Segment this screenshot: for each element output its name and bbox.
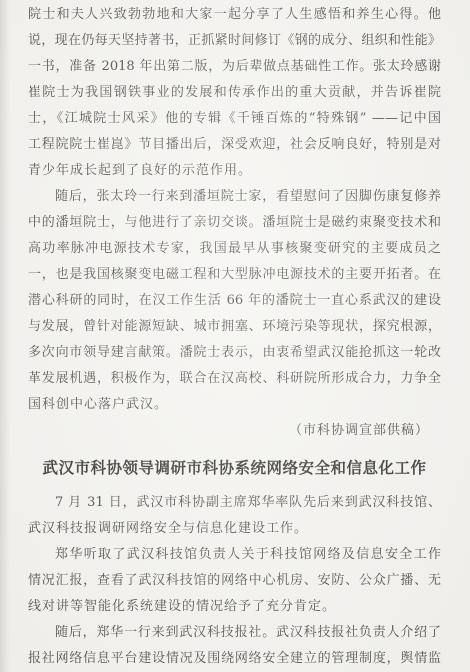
text-line: 线对讲等智能化系统建设的情况给予了充分肯定。 [28,594,441,620]
text-line: 情况汇报，查看了武汉科技馆的网络中心机房、安防、公众广播、无 [28,568,441,594]
text-line: 革发展机遇，积极作为，联合在汉高校、科研院所形成合力，力争全 [28,366,441,392]
text-line: 说，现在仍每天坚持著书，正抓紧时间修订《钢的成分、组织和性能》 [28,28,441,54]
text-line: 武汉科技报调研网络安全与信息化建设工作。 [28,516,441,542]
text-line: 国科创中心落户武汉。 [28,392,441,418]
text-line: 随后，郑华一行来到武汉科技报社。武汉科技报社负责人介绍了 [28,620,441,646]
text-line: 郑华听取了武汉科技馆负责人关于科技馆网络及信息安全工作 [28,542,441,568]
text-line: 多次向市领导建言献策。潘院士表示，由衷希望武汉能抢抓这一轮改 [28,340,441,366]
byline: （市科协调宣部供稿） [28,418,441,444]
text-line: 报社网络信息平台建设情况及围绕网络安全建立的管理制度，舆情监 [28,646,441,672]
text-line: 崔院士为我国钢铁事业的发展和传承作出的重大贡献，并告诉崔院 [28,80,441,106]
text-line: 与发展，曾针对能源短缺、城市拥塞、环境污染等现状，探究根源， [28,314,441,340]
text-line: 院士和夫人兴致勃勃地和大家一起分享了人生感悟和养生心得。他 [28,2,441,28]
text-line: 7 月 31 日，武汉市科协副主席郑华率队先后来到武汉科技馆、 [28,490,441,516]
text-line: 潜心科研的同时，在汉工作生活 66 年的潘院士一直心系武汉的建设 [28,288,441,314]
text-line: 一书，准备 2018 年出第二版，为后辈做点基础性工作。张太玲感谢 [28,54,441,80]
document-page: 院士和夫人兴致勃勃地和大家一起分享了人生感悟和养生心得。他说，现在仍每天坚持著书… [0,0,470,672]
text-line: 高功率脉冲电源技术专家，我国最早从事核聚变研究的主要成员之 [28,236,441,262]
text-line: 一，也是我国核聚变电磁工程和大型脉冲电源技术的主要开拓者。在 [28,262,441,288]
section-title: 武汉市科协领导调研市科协系统网络安全和信息化工作 [28,453,441,490]
text-line: 青少年成长起到了良好的示范作用。 [28,158,441,184]
document-text: 院士和夫人兴致勃勃地和大家一起分享了人生感悟和养生心得。他说，现在仍每天坚持著书… [28,2,441,672]
text-line: 士，《江城院士风采》他的专辑《千锤百炼的“特殊钢” ——记中国 [28,106,441,132]
text-line: 随后，张太玲一行来到潘垣院士家，看望慰问了因脚伤康复修养 [28,184,441,210]
text-line: 工程院院士崔崑》节目播出后，深受欢迎，社会反响良好，特别是对 [28,132,441,158]
text-line: 中的潘垣院士，与他进行了亲切交谈。潘垣院士是磁约束聚变技术和 [28,210,441,236]
